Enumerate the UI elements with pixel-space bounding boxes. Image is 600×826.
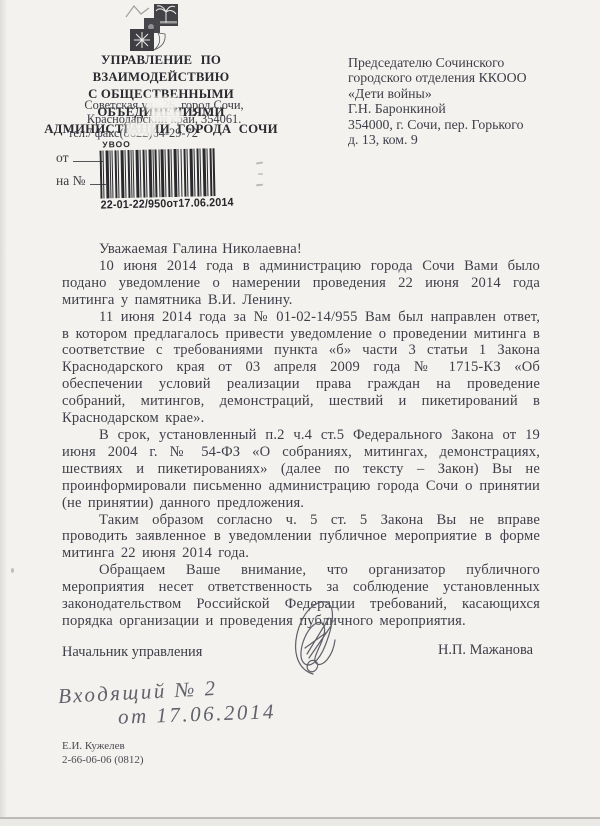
recipient-line: 354000, г. Сочи, пер. Горького (348, 117, 568, 132)
executor-name: Е.И. Кужелев (62, 740, 144, 754)
emblem-icon (124, 2, 182, 54)
salutation: Уважаемая Галина Николаевна! (62, 241, 540, 258)
body-paragraph: 11 июня 2014 года за № 01-02-14/955 Вам … (62, 309, 540, 427)
scanner-background (0, 819, 600, 826)
scan-artifact-dash (256, 162, 263, 165)
ref-no-label: на № (56, 173, 85, 188)
sochi-emblem-logo (124, 2, 182, 59)
executor-phone: 2-66-06-06 (0812) (62, 754, 144, 768)
ref-no-field: на № (56, 173, 106, 189)
scan-artifact-dash (256, 184, 263, 187)
recipient-block: Председателю Сочинского городского отдел… (348, 55, 568, 147)
letter-body: Уважаемая Галина Николаевна! 10 июня 201… (62, 241, 540, 630)
signature-icon (283, 596, 363, 681)
body-paragraph: 10 июня 2014 года в администрацию города… (62, 258, 540, 309)
recipient-line: д. 13, ком. 9 (348, 132, 568, 147)
whiteout-mark (150, 110, 182, 123)
whiteout-mark (126, 123, 156, 136)
stamp-code-label: УВОО (102, 136, 249, 149)
recipient-line: «Дети войны» (348, 86, 568, 101)
scanned-letter: УПРАВЛЕНИЕ ПО ВЗАИМОДЕЙСТВИЮ С ОБЩЕСТВЕН… (0, 0, 600, 826)
scan-artifact-speck (11, 568, 14, 573)
barcode-icon (99, 148, 216, 198)
recipient-line: городского отделения ККООО (348, 70, 568, 85)
body-paragraph: В срок, установленный п.2 ч.4 ст.5 Федер… (62, 427, 540, 512)
recipient-line: Г.Н. Баронкиной (348, 101, 568, 116)
ref-from-label: от (56, 150, 68, 165)
executor-footer: Е.И. Кужелев 2-66-06-06 (0812) (62, 740, 144, 767)
signer-name: Н.П. Мажанова (438, 642, 533, 659)
whiteout-mark (146, 97, 176, 110)
scan-artifact-dash (258, 173, 263, 175)
org-name-line: УПРАВЛЕНИЕ ПО ВЗАИМОДЕЙСТВИЮ (38, 52, 284, 86)
stamp-number: 22-01-22/950от17.06.2014 (101, 197, 241, 212)
handwritten-signature (283, 596, 363, 686)
recipient-line: Председателю Сочинского (348, 55, 568, 70)
handwritten-note-line2: от 17.06.2014 (118, 699, 277, 729)
scan-left-edge-shadow (0, 0, 7, 820)
registration-stamp: УВОО 22-01-22/950от17.06.2014 (99, 136, 250, 211)
signer-position-title: Начальник управления (62, 644, 202, 661)
body-paragraph: Таким образом согласно ч. 5 ст. 5 Закона… (62, 512, 540, 563)
ref-from-field: от (56, 150, 103, 166)
